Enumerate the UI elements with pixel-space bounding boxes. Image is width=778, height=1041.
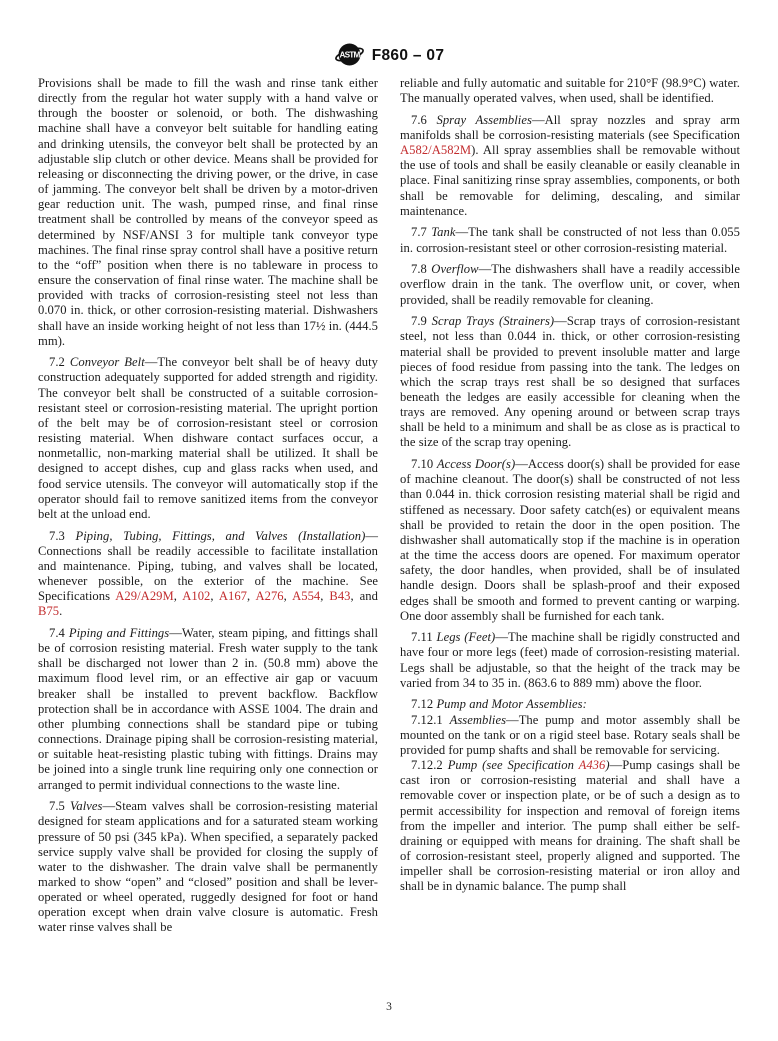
paragraph: 7.3 Piping, Tubing, Fittings, and Valves… <box>38 529 378 620</box>
paragraph: 7.11 Legs (Feet)—The machine shall be ri… <box>400 630 740 691</box>
section-title: Conveyor Belt <box>70 355 145 369</box>
spec-reference-link[interactable]: A29/A29M <box>115 589 173 603</box>
page-footer: 3 <box>0 1001 778 1013</box>
paragraph: 7.2 Conveyor Belt—The conveyor belt shal… <box>38 355 378 522</box>
spec-reference-link[interactable]: B43 <box>329 589 350 603</box>
paragraph: 7.6 Spray Assemblies—All spray nozzles a… <box>400 113 740 219</box>
paragraph: 7.8 Overflow—The dishwashers shall have … <box>400 262 740 307</box>
paragraph: 7.12.1 Assemblies—The pump and motor ass… <box>400 713 740 758</box>
section-title: Overflow <box>431 262 478 276</box>
page-header: ASTM F860 – 07 <box>0 41 778 70</box>
paragraph: 7.9 Scrap Trays (Strainers)—Scrap trays … <box>400 314 740 450</box>
section-title: Piping and Fittings <box>69 626 169 640</box>
spec-reference-link[interactable]: A276 <box>255 589 283 603</box>
section-title: Valves <box>70 799 102 813</box>
svg-text:ASTM: ASTM <box>339 51 360 60</box>
astm-logo-icon: ASTM <box>334 41 365 70</box>
paragraph: reliable and fully automatic and suitabl… <box>400 76 740 106</box>
section-title: Pump (see Specification <box>448 758 579 772</box>
page-number: 3 <box>386 1001 392 1013</box>
section-title: Access Door(s) <box>437 457 515 471</box>
spec-reference-link[interactable]: A554 <box>292 589 320 603</box>
paragraph: 7.10 Access Door(s)—Access door(s) shall… <box>400 457 740 624</box>
section-title: Spray Assemblies <box>436 113 531 127</box>
paragraph: 7.7 Tank—The tank shall be constructed o… <box>400 225 740 255</box>
spec-reference-link[interactable]: B75 <box>38 604 59 618</box>
spec-reference-link[interactable]: A436 <box>579 758 606 772</box>
section-title: Assemblies <box>450 713 506 727</box>
document-page: ASTM F860 – 07 Provisions shall be made … <box>0 0 778 1041</box>
section-title: Piping, Tubing, Fittings, and Valves (In… <box>75 529 365 543</box>
spec-reference-link[interactable]: A167 <box>219 589 247 603</box>
document-code: F860 – 07 <box>372 47 445 65</box>
section-title: Scrap Trays (Strainers) <box>432 314 555 328</box>
paragraph: 7.4 Piping and Fittings—Water, steam pip… <box>38 626 378 793</box>
section-title: Legs (Feet) <box>437 630 496 644</box>
paragraph: 7.12.2 Pump (see Specification A436)—Pum… <box>400 758 740 894</box>
paragraph: Provisions shall be made to fill the was… <box>38 76 378 349</box>
section-title: Pump and Motor Assemblies: <box>436 697 586 711</box>
section-title: Tank <box>431 225 455 239</box>
two-column-body: Provisions shall be made to fill the was… <box>38 76 740 936</box>
paragraph: 7.12 Pump and Motor Assemblies: <box>400 697 740 712</box>
section-title: ) <box>605 758 609 772</box>
right-column: reliable and fully automatic and suitabl… <box>400 76 740 936</box>
left-column: Provisions shall be made to fill the was… <box>38 76 378 936</box>
spec-reference-link[interactable]: A582/A582M <box>400 143 471 157</box>
paragraph: 7.5 Valves—Steam valves shall be corrosi… <box>38 799 378 935</box>
spec-reference-link[interactable]: A102 <box>182 589 210 603</box>
